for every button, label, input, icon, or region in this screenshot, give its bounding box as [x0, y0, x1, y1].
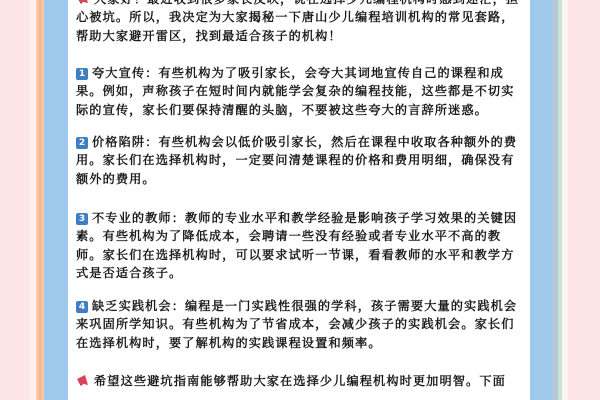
megaphone-icon: [76, 373, 90, 385]
section-2: 2价格陷阱：有些机构会以低价吸引家长，然后在课程中收取各种额外的费用。家长们在选…: [76, 133, 526, 188]
right-white-stripe: [562, 0, 568, 400]
intro-text: 大家好！最近收到很多家长反映，说在选择少儿编程机构时感到迷茫，担心被坑。所以，我…: [76, 0, 519, 43]
left-blue-frame: [44, 0, 68, 400]
outro-text: 希望这些避坑指南能够帮助大家在选择少儿编程机构时更加明智。下面: [94, 374, 506, 388]
section-title: 价格陷阱：: [92, 135, 158, 149]
left-orange-stripe: [36, 0, 44, 400]
outro-paragraph: 希望这些避坑指南能够帮助大家在选择少儿编程机构时更加明智。下面: [76, 372, 526, 390]
section-title: 缺乏实践机会：: [92, 299, 185, 313]
article-content: 大家好！最近收到很多家长反映，说在选择少儿编程机构时感到迷茫，担心被坑。所以，我…: [68, 0, 530, 400]
section-title: 不专业的教师：: [92, 211, 185, 225]
section-3: 3不专业的教师：教师的专业水平和教学经验是影响孩子学习效果的关键因素。有些机构为…: [76, 209, 526, 283]
intro-paragraph: 大家好！最近收到很多家长反映，说在选择少儿编程机构时感到迷茫，担心被坑。所以，我…: [76, 0, 526, 45]
number-badge: 3: [76, 213, 88, 225]
section-title: 夸大宣传：: [92, 66, 158, 80]
number-badge: 4: [76, 301, 88, 313]
megaphone-icon: [76, 0, 90, 3]
section-4: 4缺乏实践机会：编程是一门实践性很强的学科，孩子需要大量的实践机会来巩固所学知识…: [76, 297, 526, 352]
number-badge: 2: [76, 137, 88, 149]
number-badge: 1: [76, 68, 88, 80]
section-1: 1夸大宣传：有些机构为了吸引家长，会夸大其词地宣传自己的课程和成果。例如，声称孩…: [76, 64, 526, 119]
